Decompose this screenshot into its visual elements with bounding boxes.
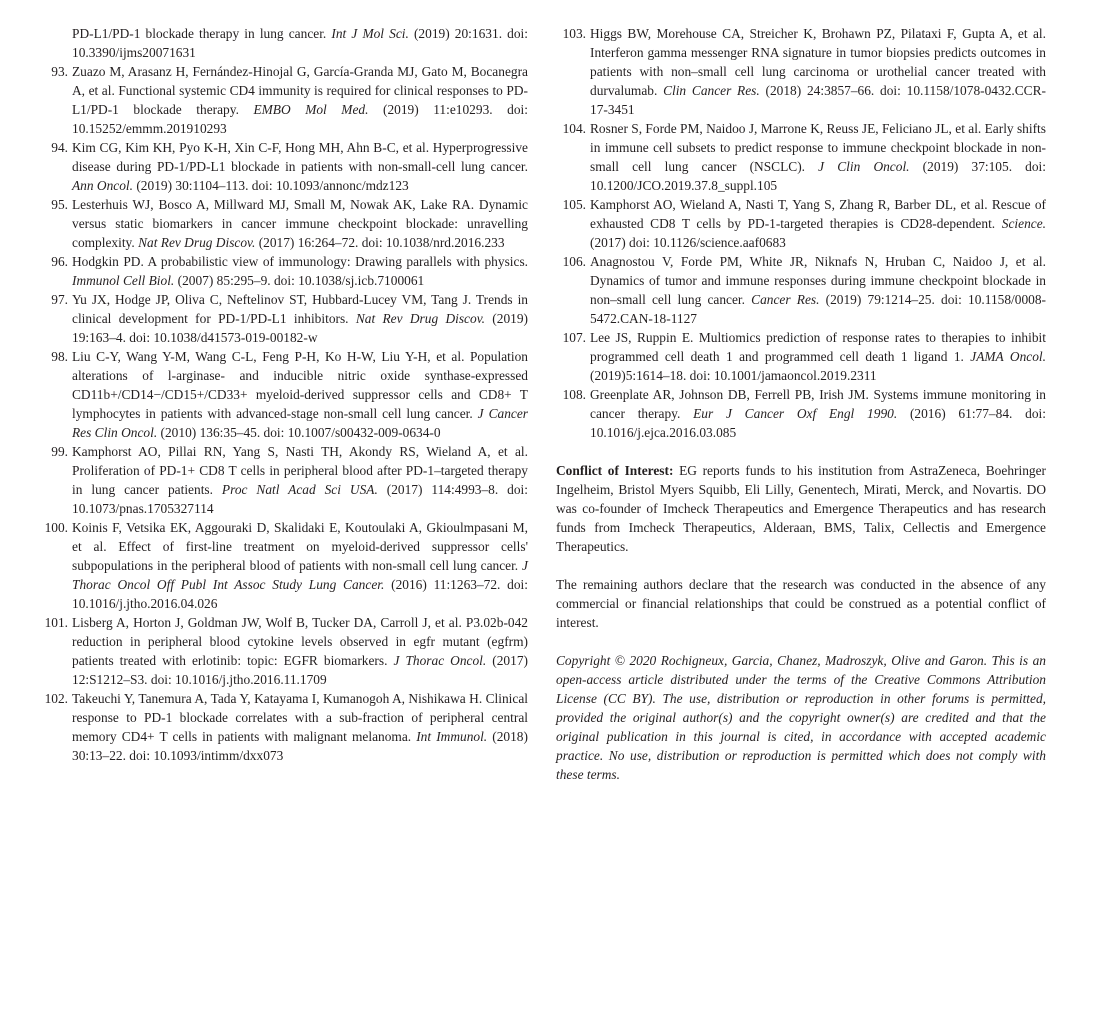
reference-item-94: 94.Kim CG, Kim KH, Pyo K-H, Xin C-F, Hon…: [38, 138, 528, 195]
reference-number: 93.: [38, 62, 68, 81]
reference-item-104: 104.Rosner S, Forde PM, Naidoo J, Marron…: [556, 119, 1046, 195]
reference-journal: EMBO Mol Med.: [253, 102, 368, 117]
reference-number: 101.: [38, 613, 68, 632]
conflict-of-interest-label: Conflict of Interest:: [556, 463, 673, 478]
reference-item-100: 100.Koinis F, Vetsika EK, Aggouraki D, S…: [38, 518, 528, 613]
reference-list-left: 93.Zuazo M, Arasanz H, Fernández-Hinojal…: [38, 62, 528, 765]
reference-text: Koinis F, Vetsika EK, Aggouraki D, Skali…: [72, 520, 528, 573]
reference-item-98: 98.Liu C-Y, Wang Y-M, Wang C-L, Feng P-H…: [38, 347, 528, 442]
reference-details: (2019)5:1614–18. doi: 10.1001/jamaoncol.…: [590, 368, 877, 383]
reference-item-102: 102.Takeuchi Y, Tanemura A, Tada Y, Kata…: [38, 689, 528, 765]
reference-text: Liu C-Y, Wang Y-M, Wang C-L, Feng P-H, K…: [72, 349, 528, 421]
reference-journal: Cancer Res.: [751, 292, 819, 307]
reference-details: (2019) 30:1104–113. doi: 10.1093/annonc/…: [133, 178, 409, 193]
reference-journal: Proc Natl Acad Sci USA.: [222, 482, 378, 497]
copyright-statement: Copyright © 2020 Rochigneux, Garcia, Cha…: [556, 651, 1046, 784]
reference-continuation: PD-L1/PD-1 blockade therapy in lung canc…: [38, 24, 528, 62]
reference-journal: Clin Cancer Res.: [663, 83, 760, 98]
reference-details: (2017) 16:264–72. doi: 10.1038/nrd.2016.…: [255, 235, 504, 250]
reference-text: Kamphorst AO, Wieland A, Nasti T, Yang S…: [590, 197, 1046, 231]
reference-journal: Int J Mol Sci.: [331, 26, 408, 41]
reference-text: Kim CG, Kim KH, Pyo K-H, Xin C-F, Hong M…: [72, 140, 528, 174]
reference-details: (2007) 85:295–9. doi: 10.1038/sj.icb.710…: [174, 273, 424, 288]
reference-text: Hodgkin PD. A probabilistic view of immu…: [72, 254, 528, 269]
reference-journal: Ann Oncol.: [72, 178, 133, 193]
reference-item-93: 93.Zuazo M, Arasanz H, Fernández-Hinojal…: [38, 62, 528, 138]
reference-number: 95.: [38, 195, 68, 214]
reference-item-106: 106.Anagnostou V, Forde PM, White JR, Ni…: [556, 252, 1046, 328]
reference-number: 96.: [38, 252, 68, 271]
reference-number: 98.: [38, 347, 68, 366]
reference-journal: Eur J Cancer Oxf Engl 1990.: [693, 406, 897, 421]
reference-item-101: 101.Lisberg A, Horton J, Goldman JW, Wol…: [38, 613, 528, 689]
reference-number: 103.: [556, 24, 586, 43]
reference-item-103: 103.Higgs BW, Morehouse CA, Streicher K,…: [556, 24, 1046, 119]
left-column: PD-L1/PD-1 blockade therapy in lung canc…: [38, 24, 528, 765]
reference-item-97: 97.Yu JX, Hodge JP, Oliva C, Neftelinov …: [38, 290, 528, 347]
reference-number: 105.: [556, 195, 586, 214]
reference-details: (2010) 136:35–45. doi: 10.1007/s00432-00…: [157, 425, 440, 440]
reference-item-99: 99.Kamphorst AO, Pillai RN, Yang S, Nast…: [38, 442, 528, 518]
reference-journal: J Thorac Oncol.: [393, 653, 486, 668]
reference-number: 100.: [38, 518, 68, 537]
reference-list-right: 103.Higgs BW, Morehouse CA, Streicher K,…: [556, 24, 1046, 442]
reference-number: 108.: [556, 385, 586, 404]
reference-number: 94.: [38, 138, 68, 157]
reference-number: 99.: [38, 442, 68, 461]
reference-journal: J Clin Oncol.: [818, 159, 909, 174]
reference-journal: Nat Rev Drug Discov.: [356, 311, 485, 326]
remaining-authors-statement: The remaining authors declare that the r…: [556, 575, 1046, 632]
reference-journal: Int Immunol.: [416, 729, 487, 744]
reference-number: 106.: [556, 252, 586, 271]
reference-journal: JAMA Oncol.: [970, 349, 1046, 364]
reference-number: 97.: [38, 290, 68, 309]
reference-journal: Science.: [1002, 216, 1046, 231]
reference-details: (2017) doi: 10.1126/science.aaf0683: [590, 235, 786, 250]
reference-item-107: 107.Lee JS, Ruppin E. Multiomics predict…: [556, 328, 1046, 385]
reference-number: 102.: [38, 689, 68, 708]
reference-number: 104.: [556, 119, 586, 138]
reference-item-95: 95.Lesterhuis WJ, Bosco A, Millward MJ, …: [38, 195, 528, 252]
reference-item-105: 105.Kamphorst AO, Wieland A, Nasti T, Ya…: [556, 195, 1046, 252]
reference-item-96: 96.Hodgkin PD. A probabilistic view of i…: [38, 252, 528, 290]
right-column: 103.Higgs BW, Morehouse CA, Streicher K,…: [556, 24, 1046, 784]
reference-journal: Nat Rev Drug Discov.: [138, 235, 255, 250]
reference-text: PD-L1/PD-1 blockade therapy in lung canc…: [72, 26, 331, 41]
reference-number: 107.: [556, 328, 586, 347]
reference-journal: Immunol Cell Biol.: [72, 273, 174, 288]
reference-item-108: 108.Greenplate AR, Johnson DB, Ferrell P…: [556, 385, 1046, 442]
conflict-of-interest-statement: Conflict of Interest: EG reports funds t…: [556, 461, 1046, 556]
